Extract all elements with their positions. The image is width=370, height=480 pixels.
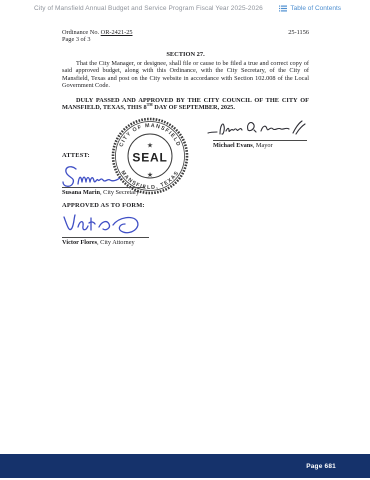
mayor-title: , Mayor xyxy=(253,142,273,149)
document-viewer: { "header": { "title": "City of Mansfiel… xyxy=(0,0,370,480)
footer-bar: Page 681 xyxy=(0,454,370,478)
section-heading: SECTION 27. xyxy=(62,51,309,58)
attorney-signature-label: Victor Flores, City Attorney xyxy=(62,239,135,246)
mayor-name: Michael Evans xyxy=(213,142,253,149)
attorney-name: Victor Flores xyxy=(62,239,97,246)
table-of-contents-link[interactable]: Table of Contents xyxy=(279,5,341,12)
viewer-header: City of Mansfield Annual Budget and Serv… xyxy=(0,0,370,16)
ordinance-label: Ordinance No. xyxy=(62,29,101,36)
attorney-title: , City Attorney xyxy=(97,239,135,246)
ordinance-header-row: Ordinance No. OR-2421-25 Page 3 of 3 25-… xyxy=(62,29,309,44)
ordinance-number: OR-2421-25 xyxy=(101,29,133,36)
passage-rest: DAY OF SEPTEMBER, 2025. xyxy=(153,104,235,111)
secretary-name: Susana Marin xyxy=(62,189,100,196)
seal-star-top-icon: ★ xyxy=(147,142,153,150)
mayor-signature-line xyxy=(213,140,307,141)
table-of-contents-label: Table of Contents xyxy=(290,5,341,12)
body-paragraph: That the City Manager, or designee, shal… xyxy=(62,60,309,90)
attest-label: ATTEST: xyxy=(62,152,90,159)
viewer-title: City of Mansfield Annual Budget and Serv… xyxy=(34,5,263,12)
approved-as-to-form-label: APPROVED AS TO FORM: xyxy=(62,202,145,209)
secretary-signature-label: Susana Marin, City Secretary xyxy=(62,189,139,196)
secretary-title: , City Secretary xyxy=(100,189,139,196)
passage-paragraph: DULY PASSED AND APPROVED BY THE CITY COU… xyxy=(62,97,309,112)
table-of-contents-icon xyxy=(279,5,287,12)
case-number: 25-1156 xyxy=(288,29,309,36)
ordinance-id-block: Ordinance No. OR-2421-25 Page 3 of 3 xyxy=(62,29,133,44)
attorney-signature-line xyxy=(62,237,149,238)
secretary-signature-line xyxy=(62,187,145,188)
footer-page-label: Page 681 xyxy=(306,463,336,470)
attorney-signature-icon xyxy=(60,210,152,240)
ordinance-number-line: Ordinance No. OR-2421-25 xyxy=(62,29,133,36)
mayor-signature-icon xyxy=(207,118,309,142)
page-ref: Page 3 of 3 xyxy=(62,36,133,43)
mayor-signature-label: Michael Evans, Mayor xyxy=(213,142,273,149)
secretary-signature-icon xyxy=(60,163,148,189)
